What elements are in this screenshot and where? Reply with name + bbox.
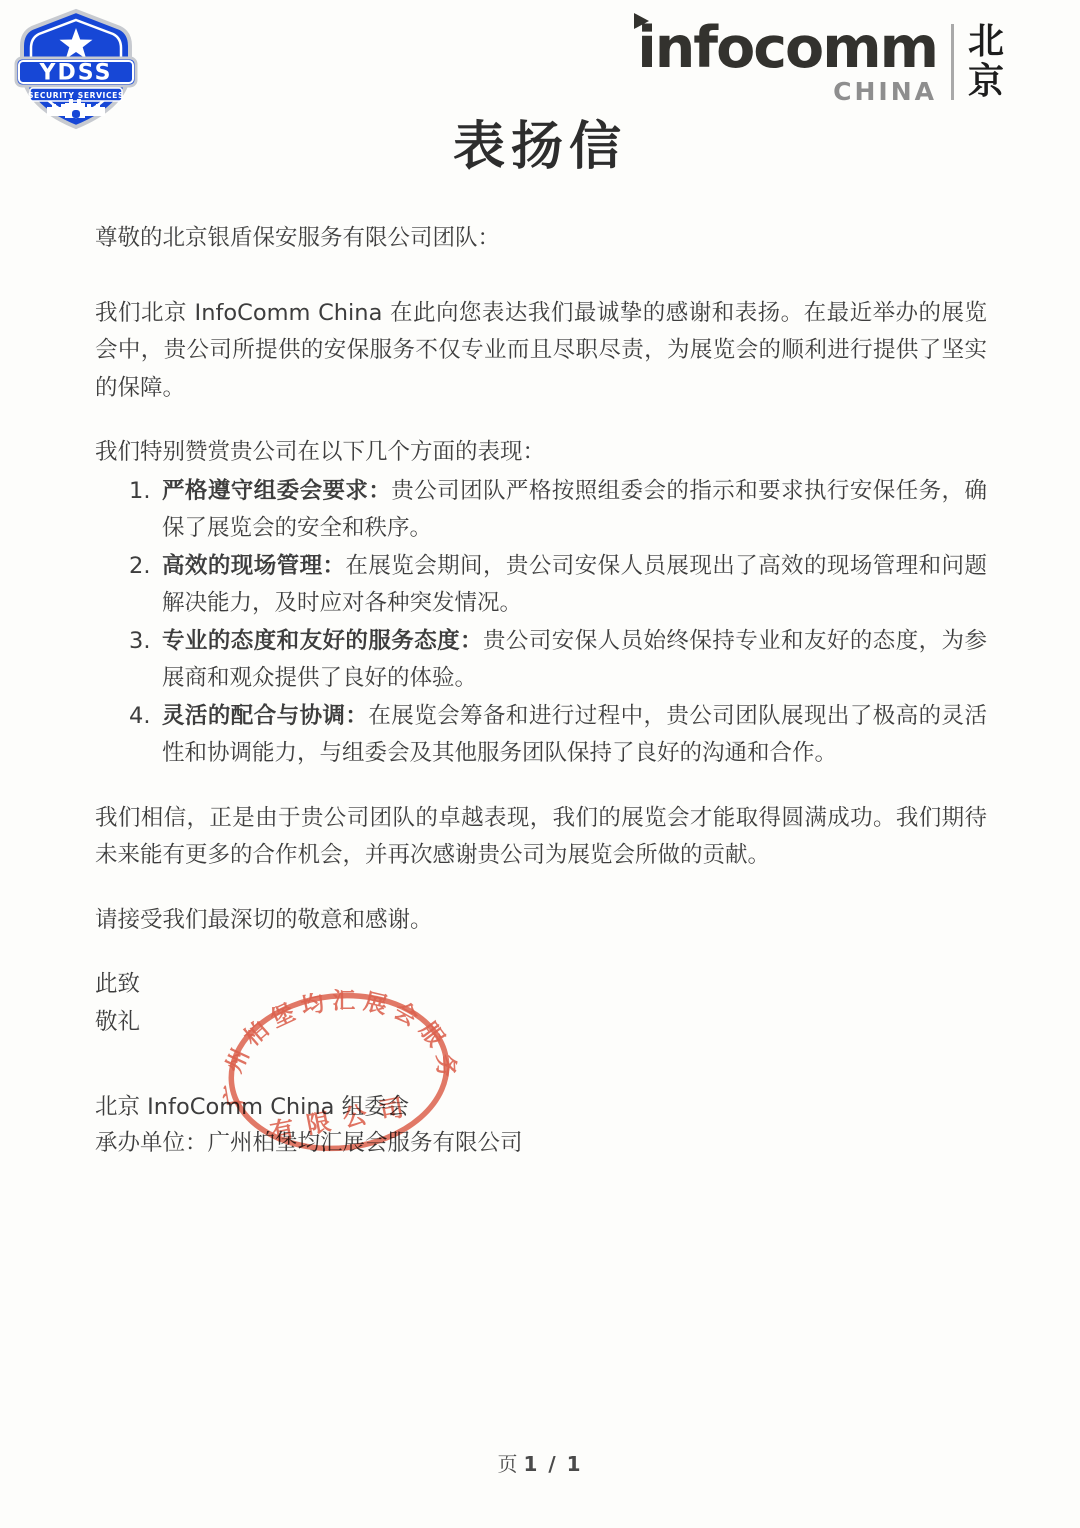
paragraph-belief: 我们相信，正是由于贵公司团队的卓越表现，我们的展览会才能取得圆满成功。我们期待未…	[95, 800, 987, 875]
page-footer: 页1 / 1	[0, 1448, 1080, 1477]
list-item-number: 2.	[95, 548, 162, 623]
paragraph-intro: 我们北京 InfoComm China 在此向您表达我们最诚挚的感谢和表扬。在最…	[95, 295, 987, 408]
list-item-lead: 高效的现场管理：	[162, 553, 345, 579]
ydss-acronym: YDSS	[39, 61, 113, 86]
list-item-number: 3.	[95, 623, 162, 698]
salutation: 尊敬的北京银盾保安服务有限公司团队：	[95, 220, 987, 258]
list-item-lead: 专业的态度和友好的服务态度：	[162, 628, 483, 654]
letter-title: 表扬信	[0, 104, 1080, 179]
ydss-subtitle: SECURITY SERVICES	[28, 91, 124, 100]
infocomm-flag-icon	[634, 13, 649, 29]
stamp-top-text: 广州柏堡均汇展会服务	[212, 975, 462, 1108]
list-item-lead: 灵活的配合与协调：	[162, 703, 368, 729]
paragraph-list-intro: 我们特别赞赏贵公司在以下几个方面的表现：	[95, 434, 987, 472]
logo-divider	[951, 24, 954, 100]
list-item-lead: 严格遵守组委会要求：	[162, 478, 391, 504]
paragraph-respect: 请接受我们最深切的敬意和感谢。	[95, 902, 987, 940]
list-item-number: 4.	[95, 698, 162, 773]
page-number: 1 / 1	[523, 1452, 582, 1476]
list-item: 1. 严格遵守组委会要求：贵公司团队严格按照组委会的指示和要求执行安保任务，确保…	[95, 473, 987, 548]
company-seal-stamp: 广州柏堡均汇展会服务 有限公司	[212, 974, 467, 1170]
list-item: 2. 高效的现场管理：在展览会期间，贵公司安保人员展现出了高效的现场管理和问题解…	[95, 548, 987, 623]
list-item-number: 1.	[95, 473, 162, 548]
infocomm-china-logo: infocomm CHINA 北京	[637, 20, 1006, 104]
page-word: 页	[497, 1452, 517, 1476]
list-item-text: 专业的态度和友好的服务态度：贵公司安保人员始终保持专业和友好的态度，为参展商和观…	[162, 623, 987, 698]
list-item-text: 灵活的配合与协调：在展览会筹备和进行过程中，贵公司团队展现出了极高的灵活性和协调…	[162, 698, 987, 773]
beijing-label: 北京	[966, 22, 1006, 103]
letter-page: YDSS SECURITY SERVICES infocomm CHINA 北京…	[0, 0, 1080, 1528]
commendation-list: 1. 严格遵守组委会要求：贵公司团队严格按照组委会的指示和要求执行安保任务，确保…	[95, 473, 987, 773]
list-item: 4. 灵活的配合与协调：在展览会筹备和进行过程中，贵公司团队展现出了极高的灵活性…	[95, 698, 987, 773]
list-item: 3. 专业的态度和友好的服务态度：贵公司安保人员始终保持专业和友好的态度，为参展…	[95, 623, 987, 698]
list-item-text: 严格遵守组委会要求：贵公司团队严格按照组委会的指示和要求执行安保任务，确保了展览…	[162, 473, 987, 548]
infocomm-wordmark: infocomm	[637, 20, 937, 77]
infocomm-wordmark-text: infocomm	[637, 15, 937, 81]
stamp-bottom-text: 有限公司	[268, 1091, 419, 1147]
list-item-text: 高效的现场管理：在展览会期间，贵公司安保人员展现出了高效的现场管理和问题解决能力…	[162, 548, 987, 623]
infocomm-china-label: CHINA	[833, 79, 937, 104]
svg-text:广州柏堡均汇展会服务: 广州柏堡均汇展会服务	[212, 975, 462, 1108]
